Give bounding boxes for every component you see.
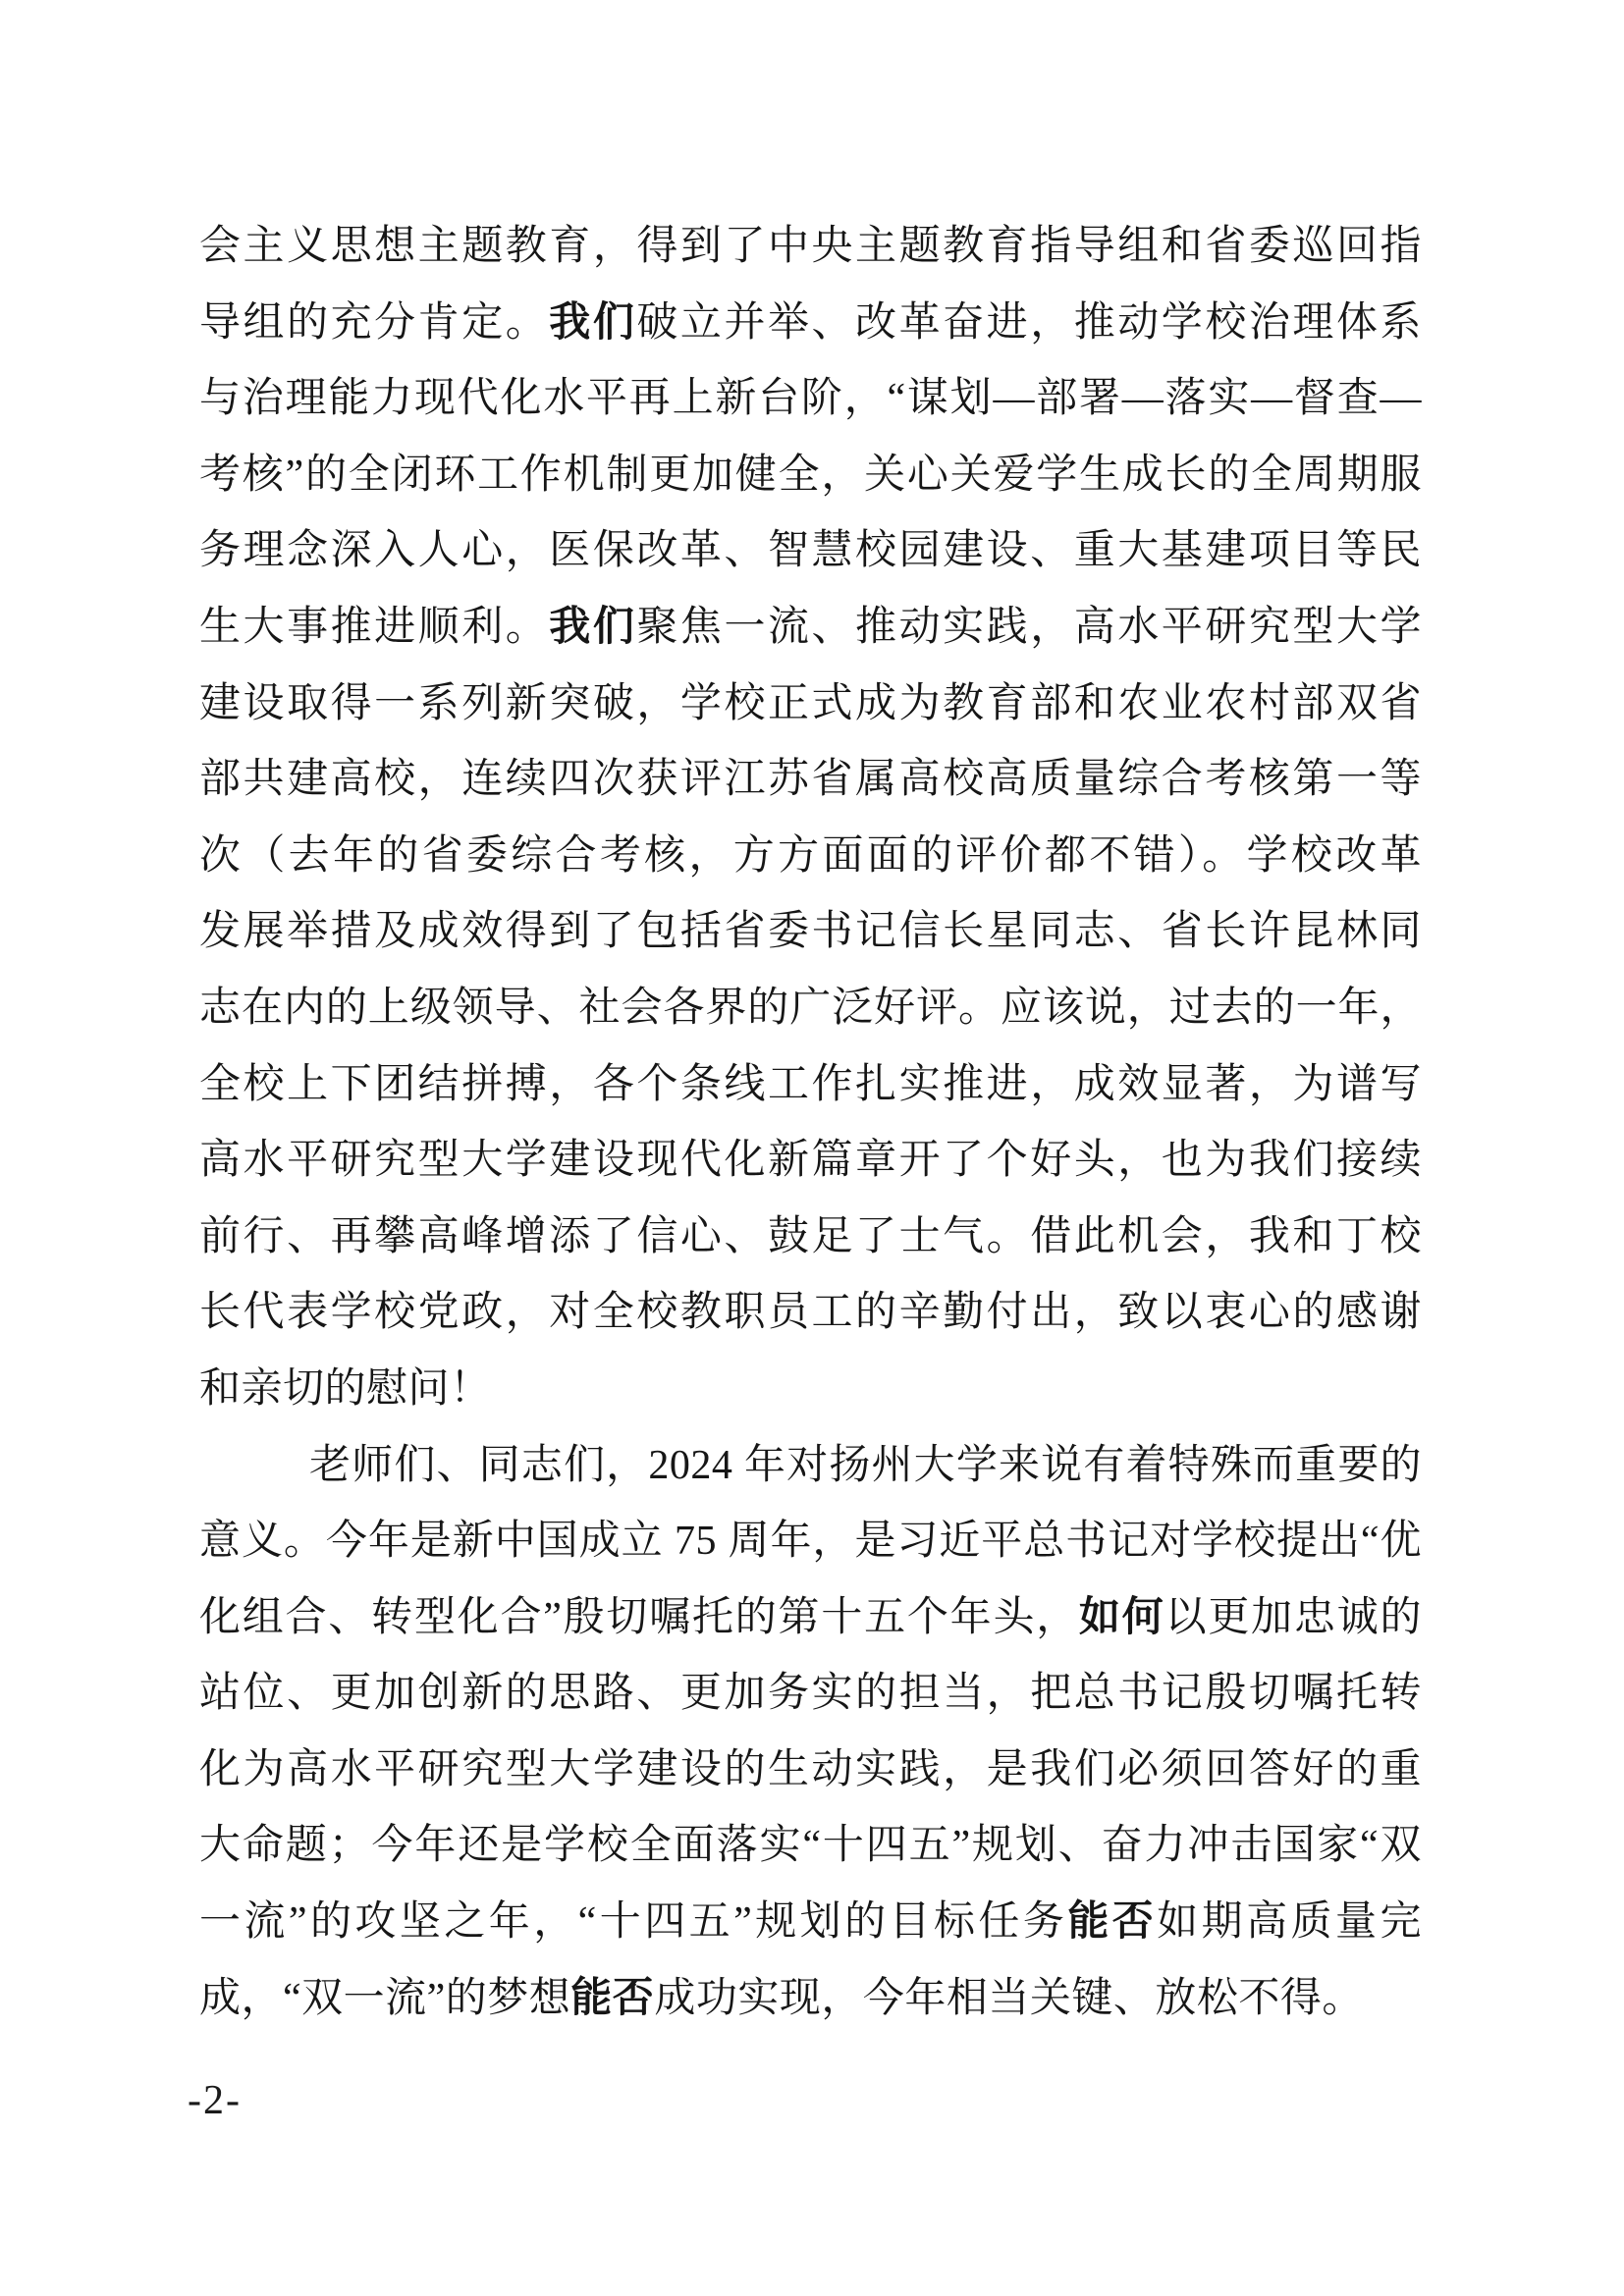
text-segment: 高水平研究型大学建设现代化新篇章开了个好头，也为我们接续 <box>199 1138 1422 1183</box>
text-line: 会主义思想主题教育，得到了中央主题教育指导组和省委巡回指 <box>199 209 1422 286</box>
text-line: 次（去年的省委综合考核，方方面面的评价都不错）。学校改革 <box>199 819 1422 895</box>
text-line: 成，“双一流”的梦想能否成功实现，今年相当关键、放松不得。 <box>199 1961 1422 2038</box>
text-line: 站位、更加创新的思路、更加务实的担当，把总书记殷切嘱托转 <box>199 1656 1422 1733</box>
emphasis-text: 能否 <box>570 1976 654 2021</box>
text-line: 大命题；今年还是学校全面落实“十四五”规划、奋力冲击国家“双 <box>199 1808 1422 1885</box>
text-line: 考核”的全闭环工作机制更加健全，关心关爱学生成长的全周期服 <box>199 438 1422 514</box>
text-segment: 考核”的全闭环工作机制更加健全，关心关爱学生成长的全周期服 <box>199 453 1422 498</box>
text-segment: 成功实现，今年相当关键、放松不得。 <box>654 1976 1364 2021</box>
text-line: 部共建高校，连续四次获评江苏省属高校高质量综合考核第一等 <box>199 742 1422 819</box>
text-line: 建设取得一系列新突破，学校正式成为教育部和农业农村部双省 <box>199 667 1422 743</box>
text-line: 务理念深入人心，医保改革、智慧校园建设、重大基建项目等民 <box>199 513 1422 590</box>
text-segment: 破立并举、改革奋进，推动学校治理体系 <box>636 300 1422 346</box>
text-segment: 全校上下团结拼搏，各个条线工作扎实推进，成效显著，为谱写 <box>199 1062 1422 1107</box>
text-segment: 长代表学校党政，对全校教职员工的辛勤付出，致以衷心的感谢 <box>199 1290 1422 1335</box>
text-segment: 以更加忠诚的 <box>1165 1595 1422 1640</box>
text-segment: 次（去年的省委综合考核，方方面面的评价都不错）。学校改革 <box>199 833 1422 879</box>
text-line: 志在内的上级领导、社会各界的广泛好评。应该说，过去的一年， <box>199 971 1422 1047</box>
emphasis-text: 我们 <box>549 605 636 650</box>
text-line: 高水平研究型大学建设现代化新篇章开了个好头，也为我们接续 <box>199 1123 1422 1200</box>
text-line: 生大事推进顺利。我们聚焦一流、推动实践，高水平研究型大学 <box>199 590 1422 667</box>
text-segment: 聚焦一流、推动实践，高水平研究型大学 <box>636 605 1422 650</box>
text-segment: 前行、再攀高峰增添了信心、鼓足了士气。借此机会，我和丁校 <box>199 1214 1422 1259</box>
text-segment: 化组合、转型化合”殷切嘱托的第十五个年头， <box>199 1595 1079 1640</box>
text-segment: 如期高质量完 <box>1157 1899 1422 1945</box>
emphasis-text: 能否 <box>1067 1899 1157 1945</box>
text-line: 化为高水平研究型大学建设的生动实践，是我们必须回答好的重 <box>199 1733 1422 1809</box>
text-segment: 和亲切的慰问！ <box>199 1366 492 1412</box>
text-segment: 志在内的上级领导、社会各界的广泛好评。应该说，过去的一年， <box>199 986 1422 1031</box>
text-segment: 大命题；今年还是学校全面落实“十四五”规划、奋力冲击国家“双 <box>199 1823 1422 1868</box>
emphasis-text: 如何 <box>1079 1595 1165 1640</box>
text-line: 发展举措及成效得到了包括省委书记信长星同志、省长许昆林同 <box>199 894 1422 971</box>
text-segment: 建设取得一系列新突破，学校正式成为教育部和农业农村部双省 <box>199 681 1422 726</box>
text-segment: 意义。今年是新中国成立 75 周年，是习近平总书记对学校提出“优 <box>199 1519 1422 1564</box>
text-segment: 成，“双一流”的梦想 <box>199 1976 570 2021</box>
body-text: 会主义思想主题教育，得到了中央主题教育指导组和省委巡回指导组的充分肯定。我们破立… <box>199 209 1422 2037</box>
text-segment: 化为高水平研究型大学建设的生动实践，是我们必须回答好的重 <box>199 1747 1422 1792</box>
text-line: 一流”的攻坚之年，“十四五”规划的目标任务能否如期高质量完 <box>199 1885 1422 1961</box>
emphasis-text: 我们 <box>549 300 636 346</box>
text-line: 老师们、同志们，2024 年对扬州大学来说有着特殊而重要的 <box>199 1428 1422 1505</box>
text-segment: 一流”的攻坚之年，“十四五”规划的目标任务 <box>199 1899 1067 1945</box>
page-number: -2- <box>188 2077 242 2124</box>
text-line: 导组的充分肯定。我们破立并举、改革奋进，推动学校治理体系 <box>199 286 1422 362</box>
text-segment: 站位、更加创新的思路、更加务实的担当，把总书记殷切嘱托转 <box>199 1671 1422 1716</box>
text-segment: 生大事推进顺利。 <box>199 605 549 650</box>
text-segment: 导组的充分肯定。 <box>199 300 549 346</box>
text-segment: 会主义思想主题教育，得到了中央主题教育指导组和省委巡回指 <box>199 224 1422 269</box>
text-line: 前行、再攀高峰增添了信心、鼓足了士气。借此机会，我和丁校 <box>199 1200 1422 1276</box>
text-segment: 与治理能力现代化水平再上新台阶，“谋划—部署—落实—督查— <box>199 376 1422 421</box>
text-line: 与治理能力现代化水平再上新台阶，“谋划—部署—落实—督查— <box>199 361 1422 438</box>
text-line: 全校上下团结拼搏，各个条线工作扎实推进，成效显著，为谱写 <box>199 1047 1422 1124</box>
text-line: 意义。今年是新中国成立 75 周年，是习近平总书记对学校提出“优 <box>199 1504 1422 1580</box>
text-segment: 务理念深入人心，医保改革、智慧校园建设、重大基建项目等民 <box>199 528 1422 573</box>
text-segment: 部共建高校，连续四次获评江苏省属高校高质量综合考核第一等 <box>199 757 1422 802</box>
text-line: 化组合、转型化合”殷切嘱托的第十五个年头，如何以更加忠诚的 <box>199 1580 1422 1657</box>
text-line: 和亲切的慰问！ <box>199 1352 1422 1428</box>
document-page: 会主义思想主题教育，得到了中央主题教育指导组和省委巡回指导组的充分肯定。我们破立… <box>0 0 1624 2296</box>
text-segment: 发展举措及成效得到了包括省委书记信长星同志、省长许昆林同 <box>199 909 1422 954</box>
text-line: 长代表学校党政，对全校教职员工的辛勤付出，致以衷心的感谢 <box>199 1275 1422 1352</box>
text-segment: 老师们、同志们，2024 年对扬州大学来说有着特殊而重要的 <box>309 1443 1422 1488</box>
